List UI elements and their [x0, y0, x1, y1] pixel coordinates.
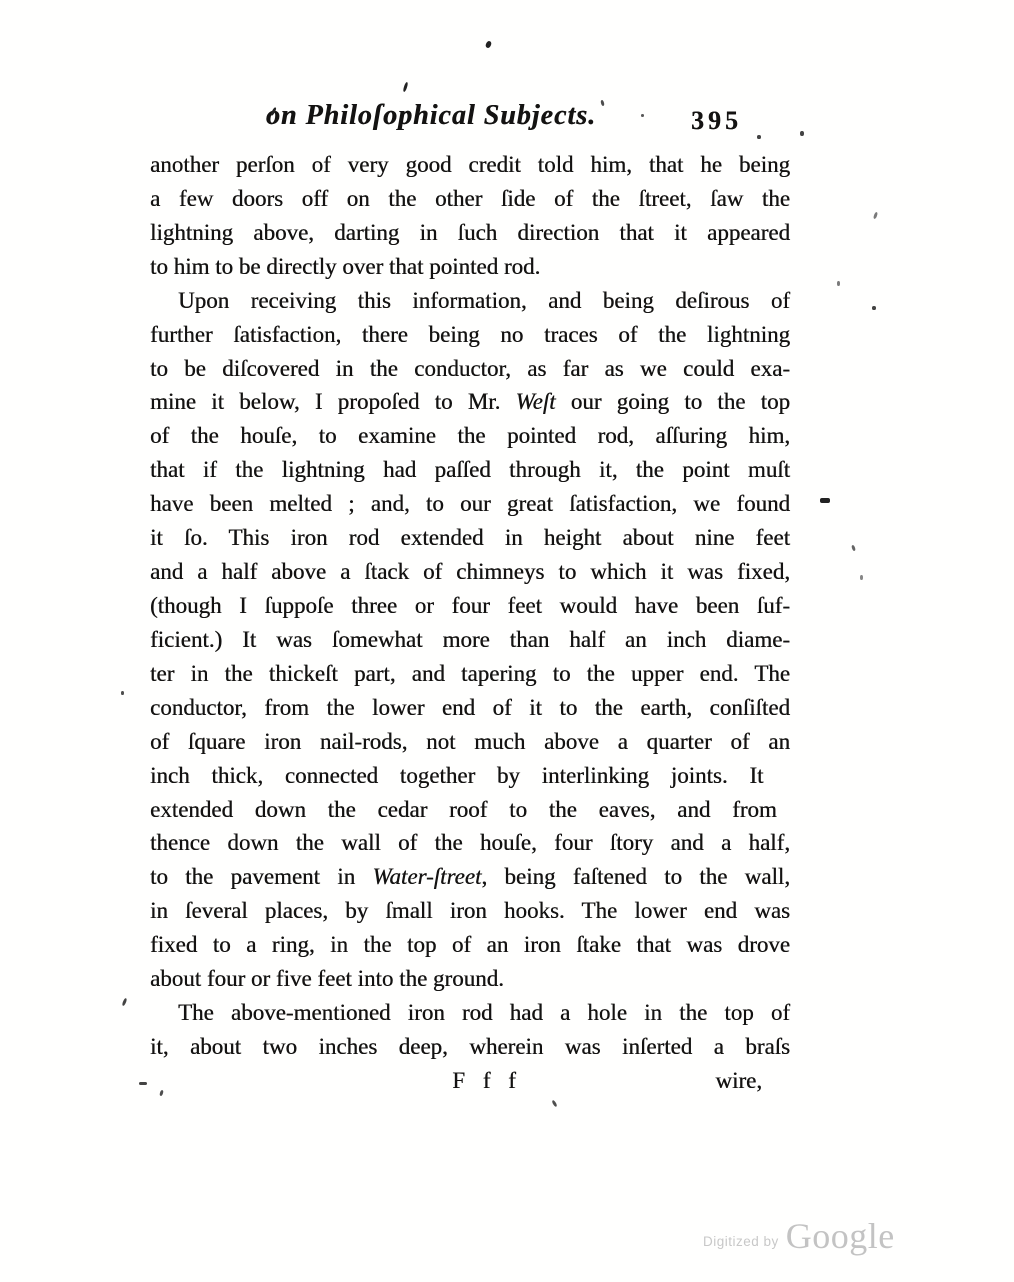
text-line: The above-mentioned iron rod had a hole … — [150, 996, 790, 1030]
digitized-by-label: Digitized by — [703, 1224, 779, 1249]
scan-speck — [851, 545, 856, 552]
scan-speck — [860, 575, 863, 580]
text-line: that if the lightning had paſſed through… — [150, 453, 790, 487]
book-page-scan: on Philoſophical Subjects. 395 another p… — [0, 0, 1014, 1282]
text-line: inch thick, connected together by interl… — [150, 759, 790, 793]
text-line: Upon receiving this information, and bei… — [150, 284, 790, 318]
catchword: wire, — [715, 1064, 762, 1098]
text-line: further ſatisfaction, there being no tra… — [150, 318, 790, 352]
text-line: and a half above a ſtack of chimneys to … — [150, 555, 790, 589]
google-logo: Google — [786, 1215, 895, 1257]
text-line: to the pavement in Water-ſtreet, being f… — [150, 860, 790, 894]
scan-speck — [757, 135, 761, 139]
text-line: ficient.) It was ſomewhat more than half… — [150, 623, 790, 657]
text-line: conductor, from the lower end of it to t… — [150, 691, 790, 725]
digitized-by-google-watermark: Digitized by Google — [703, 1215, 895, 1257]
text-line: of the houſe, to examine the pointed rod… — [150, 419, 790, 453]
text-line: (though I ſuppoſe three or four feet wou… — [150, 589, 790, 623]
text-line: about four or five feet into the ground. — [150, 962, 790, 996]
text-line: ter in the thickeſt part, and tapering t… — [150, 657, 790, 691]
scan-speck — [820, 498, 830, 503]
scan-speck — [122, 998, 128, 1007]
text-line: it ſo. This iron rod extended in height … — [150, 521, 790, 555]
text-column: on Philoſophical Subjects. 395 another p… — [150, 0, 790, 1282]
text-line: of ſquare iron nail-rods, not much above… — [150, 725, 790, 759]
text-line: fixed to a ring, in the top of an iron ſ… — [150, 928, 790, 962]
running-title: on Philoſophical Subjects. — [266, 100, 596, 131]
text-line: it, about two inches deep, wherein was i… — [150, 1030, 790, 1064]
scan-speck — [872, 306, 876, 310]
scan-speck — [121, 691, 124, 695]
page-number: 395 — [691, 106, 742, 136]
text-block: another perſon of very good credit told … — [150, 148, 790, 1098]
running-head: on Philoſophical Subjects. 395 — [150, 100, 790, 146]
signature-mark: F f f — [452, 1064, 522, 1098]
scan-speck — [139, 1082, 147, 1085]
text-line: mine it below, I propoſed to Mr. Weſt ou… — [150, 385, 790, 419]
text-line: a few doors off on the other ſide of the… — [150, 182, 790, 216]
text-line: to be diſcovered in the conductor, as fa… — [150, 352, 790, 386]
text-line: lightning above, darting in ſuch directi… — [150, 216, 790, 250]
text-line: extended down the cedar roof to the eave… — [150, 793, 790, 827]
text-line: thence down the wall of the houſe, four … — [150, 826, 790, 860]
scan-speck — [837, 281, 840, 286]
text-line: have been melted ; and, to our great ſat… — [150, 487, 790, 521]
scan-speck — [641, 114, 644, 117]
signature-row: F f f wire, — [150, 1064, 790, 1098]
text-line: to him to be directly over that pointed … — [150, 250, 790, 284]
text-line: another perſon of very good credit told … — [150, 148, 790, 182]
text-line: in ſeveral places, by ſmall iron hooks. … — [150, 894, 790, 928]
scan-speck — [800, 131, 804, 136]
scan-speck — [873, 212, 878, 220]
